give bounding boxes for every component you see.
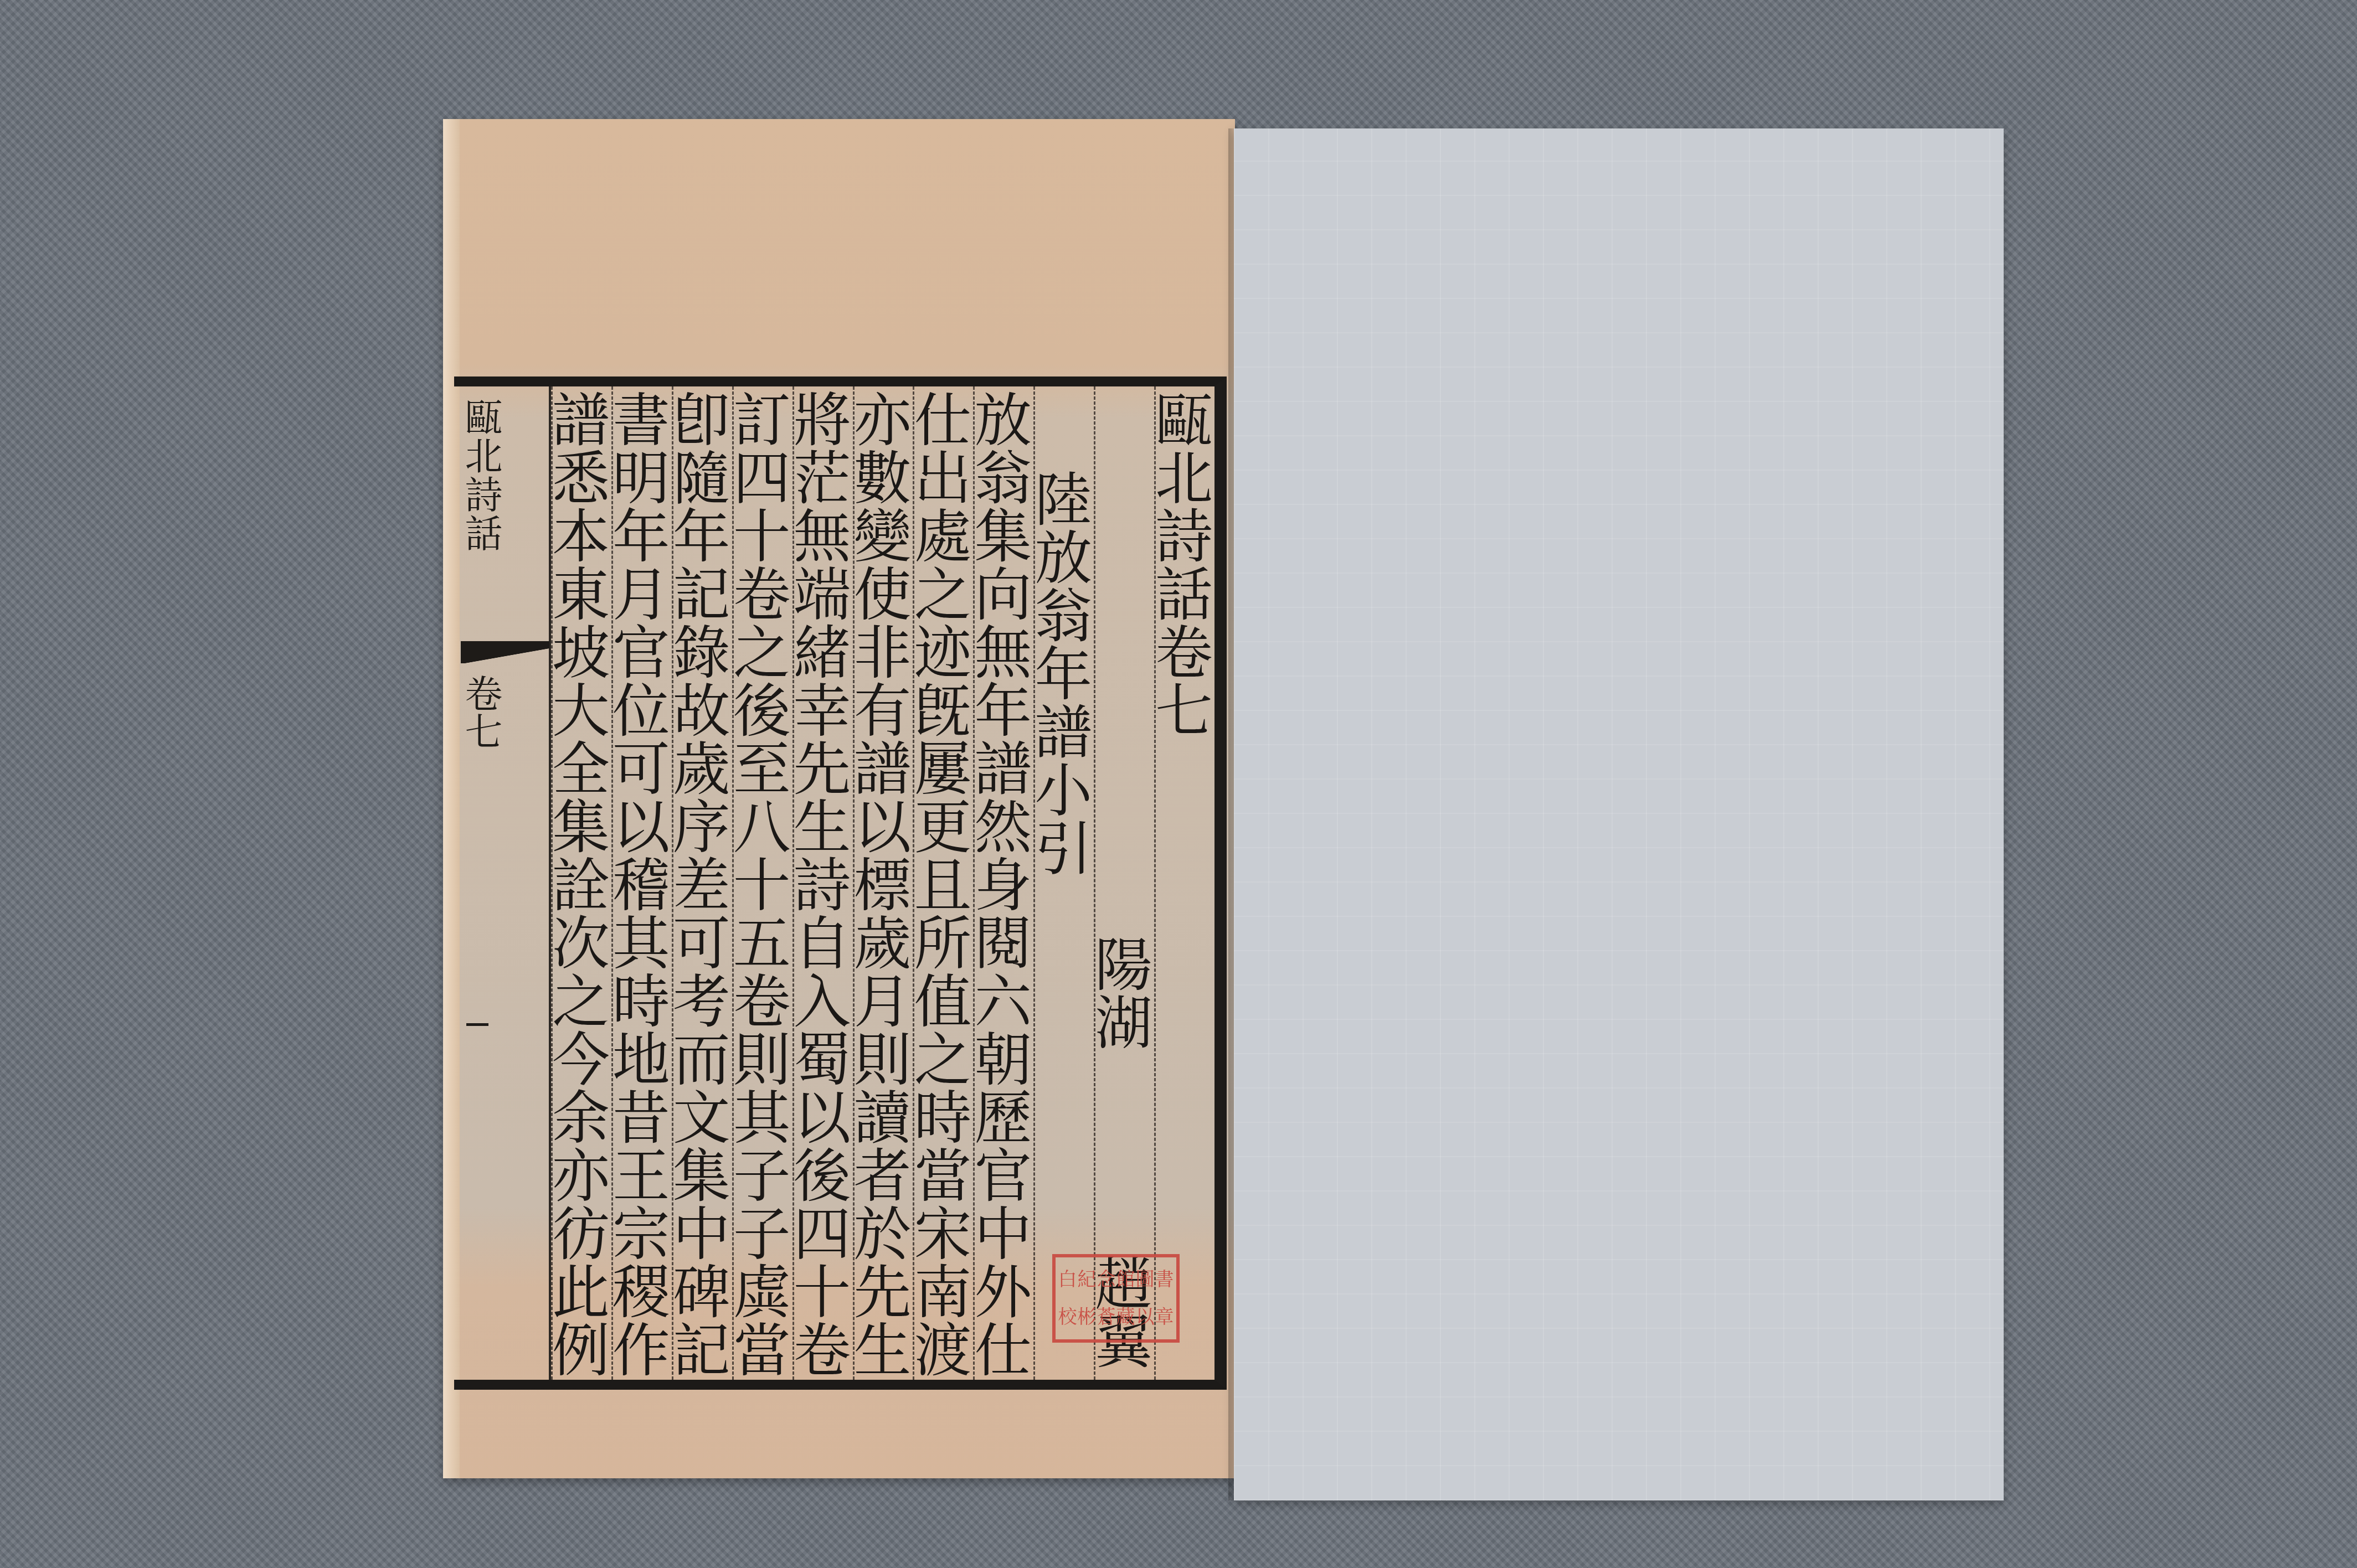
fold-margin-column: 甌北詩話 卷七 xyxy=(454,386,551,1380)
column-title: 甌北詩話卷七 xyxy=(1154,386,1214,1380)
body-column-7: 書明年月官位可以稽其時地昔王宗稷作蘇文忠年 xyxy=(611,386,672,1380)
body-column-6: 卽隨年記錄故歲序差可考而文集中碑記之類亦多 xyxy=(672,386,732,1380)
book-leaf-left-page: 甌北詩話 卷七 甌北詩話卷七 陽湖 趙翼 雲松 陸放翁年譜小引 放翁集向無年譜然… xyxy=(443,119,1235,1478)
margin-book-title: 甌北詩話 xyxy=(461,398,500,553)
red-collector-seal: 書 章 圖 以 館 藏 念 蒼 紀 彬 白 校 xyxy=(1052,1254,1180,1343)
body-column-8: 譜悉本東坡大全集詮次之今余亦彷此例就劒南詩 xyxy=(551,386,611,1380)
body-column-5: 訂四十卷之後至八十五卷則其子子虡當先生在時 xyxy=(732,386,792,1380)
text-columns: 甌北詩話卷七 陽湖 趙翼 雲松 陸放翁年譜小引 放翁集向無年譜然身閱六朝歷官中外… xyxy=(551,386,1214,1380)
body-column-3: 亦數變使非有譜以標歲月則讀者於先生之身與世 xyxy=(853,386,913,1380)
byline-place: 陽湖 xyxy=(1094,935,1154,1051)
column-byline: 陽湖 趙翼 雲松 xyxy=(1094,386,1154,1380)
margin-page-number xyxy=(466,1023,488,1026)
body-column-1: 放翁集向無年譜然身閱六朝歷官中外仕而已已而 xyxy=(973,386,1033,1380)
printed-text-frame: 甌北詩話 卷七 甌北詩話卷七 陽湖 趙翼 雲松 陸放翁年譜小引 放翁集向無年譜然… xyxy=(454,376,1227,1390)
fishtail-mark-icon xyxy=(461,641,549,663)
column-subtitle: 陸放翁年譜小引 xyxy=(1033,386,1094,1380)
margin-volume: 卷七 xyxy=(461,674,500,750)
blank-right-page xyxy=(1234,128,2004,1500)
body-column-4: 將茫無端緒幸先生詩自入蜀以後四十卷係手自編 xyxy=(792,386,853,1380)
body-column-2: 仕出處之迹旣屢更且所值之時當宋南渡戰與和局 xyxy=(913,386,973,1380)
